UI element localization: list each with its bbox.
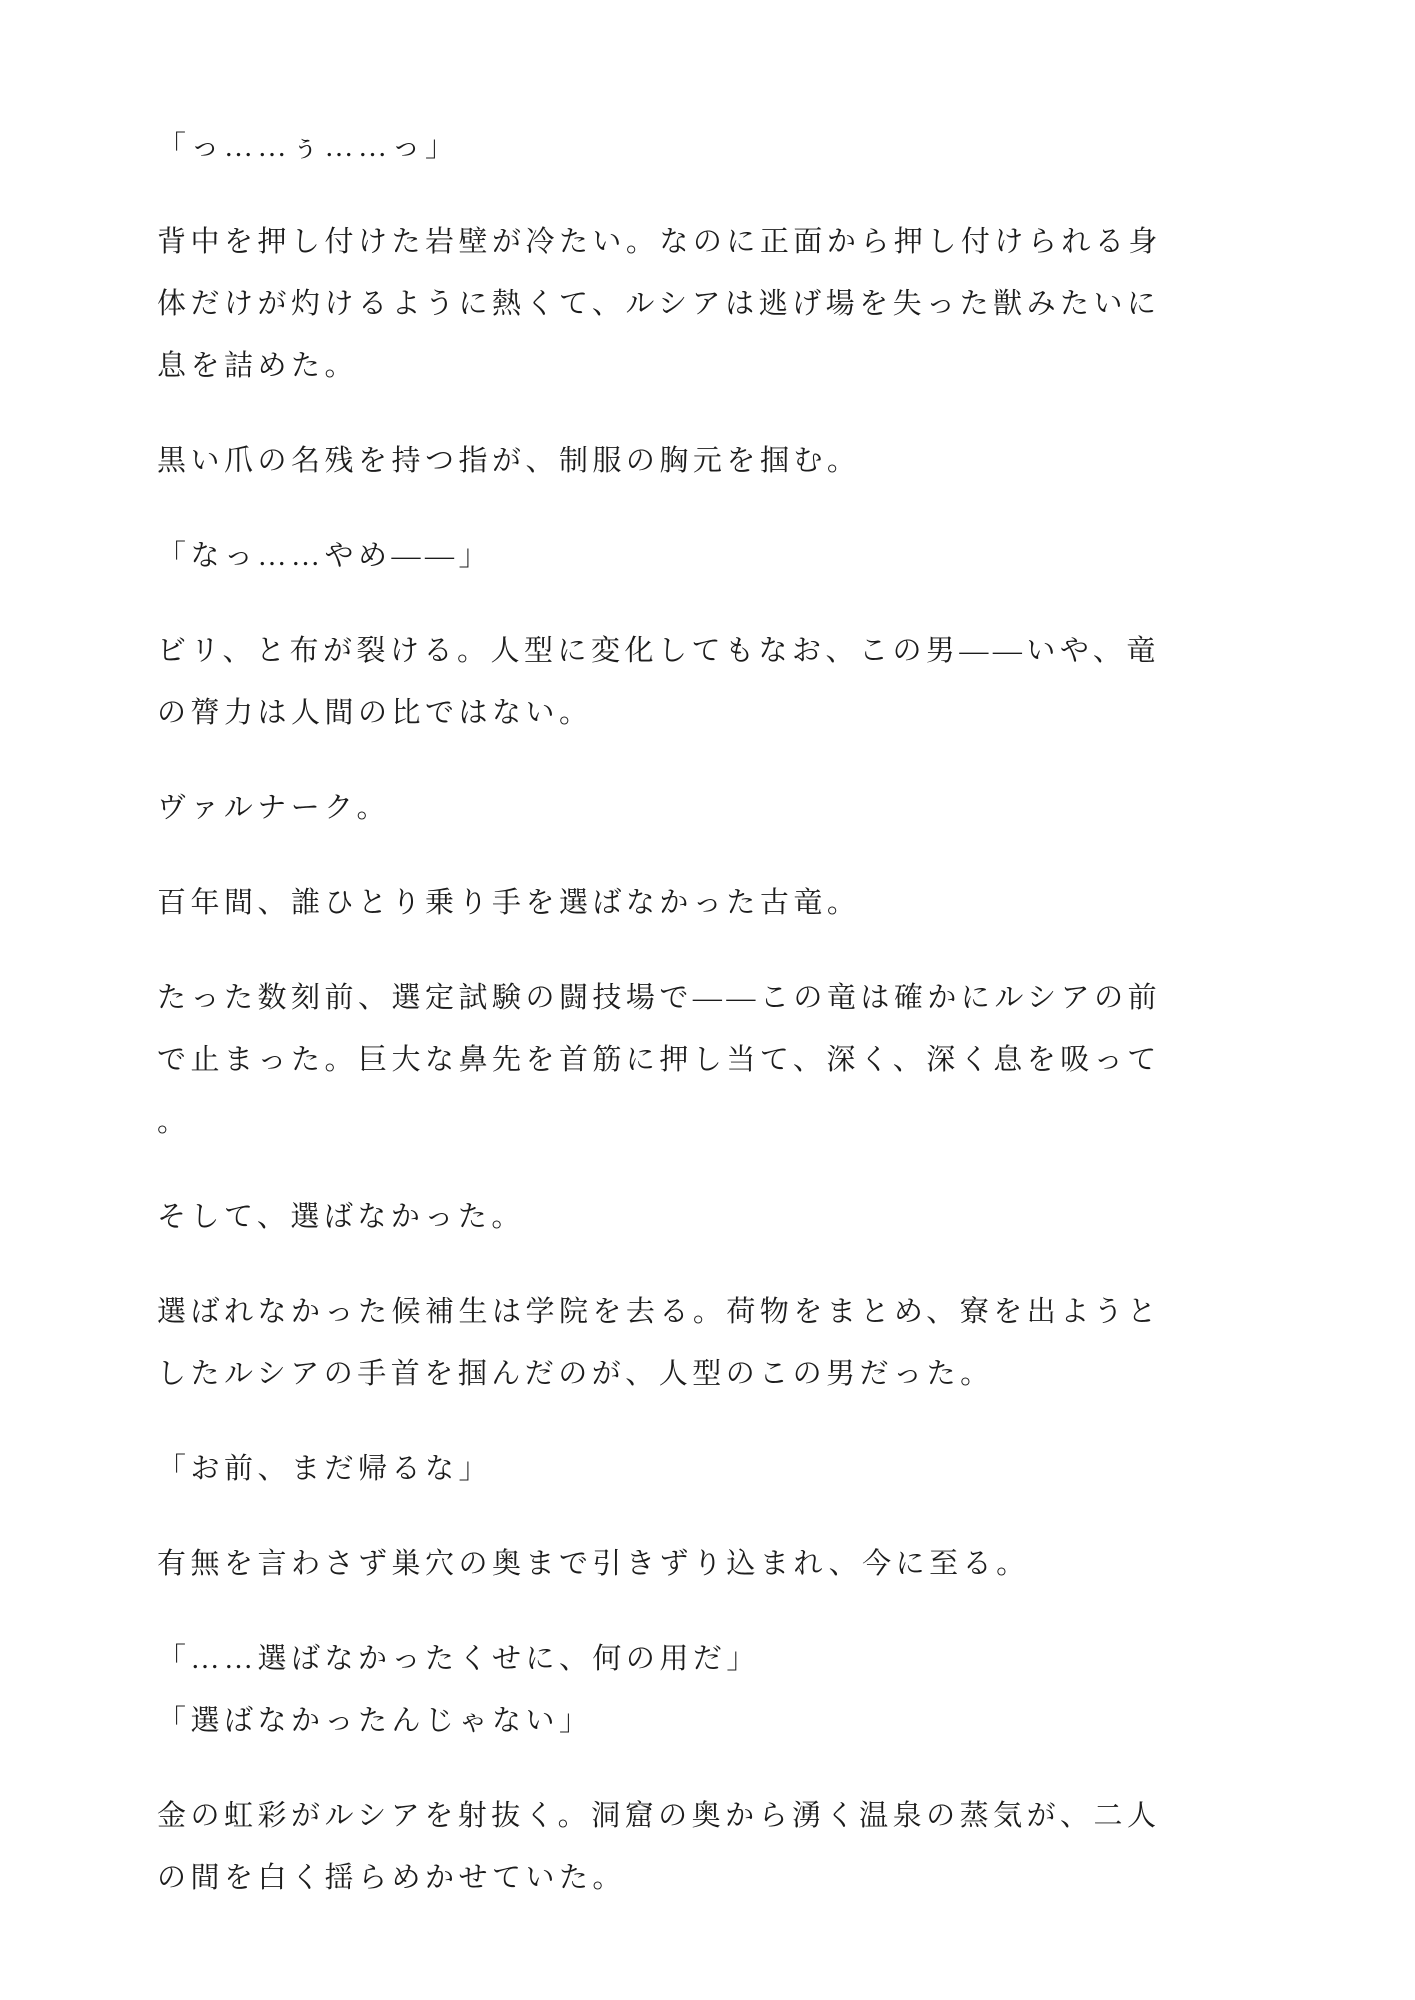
paragraph: 「なっ……やめ——」 — [157, 525, 1335, 587]
document-body: 「っ……ぅ……っ」背中を押し付けた岩壁が冷たい。なのに正面から押し付けられる身体… — [157, 116, 1335, 1909]
paragraph: 選ばれなかった候補生は学院を去る。荷物をまとめ、寮を出ようとしたルシアの手首を掴… — [157, 1281, 1335, 1405]
document-page: 「っ……ぅ……っ」背中を押し付けた岩壁が冷たい。なのに正面から押し付けられる身体… — [0, 0, 1415, 2000]
paragraph: 「っ……ぅ……っ」 — [157, 116, 1335, 178]
paragraph: ビリ、と布が裂ける。人型に変化してもなお、この男——いや、竜の膂力は人間の比では… — [157, 620, 1335, 744]
paragraph: ヴァルナーク。 — [157, 777, 1335, 839]
paragraph: 背中を押し付けた岩壁が冷たい。なのに正面から押し付けられる身体だけが灼けるように… — [157, 211, 1335, 397]
paragraph: 金の虹彩がルシアを射抜く。洞窟の奥から湧く温泉の蒸気が、二人の間を白く揺らめかせ… — [157, 1785, 1335, 1909]
paragraph: 「お前、まだ帰るな」 — [157, 1438, 1335, 1500]
paragraph: 黒い爪の名残を持つ指が、制服の胸元を掴む。 — [157, 430, 1335, 492]
paragraph: 「……選ばなかったくせに、何の用だ」「選ばなかったんじゃない」 — [157, 1628, 1335, 1752]
paragraph: そして、選ばなかった。 — [157, 1186, 1335, 1248]
paragraph: たった数刻前、選定試験の闘技場で——この竜は確かにルシアの前で止まった。巨大な鼻… — [157, 967, 1335, 1153]
paragraph: 百年間、誰ひとり乗り手を選ばなかった古竜。 — [157, 872, 1335, 934]
paragraph: 有無を言わさず巣穴の奥まで引きずり込まれ、今に至る。 — [157, 1533, 1335, 1595]
